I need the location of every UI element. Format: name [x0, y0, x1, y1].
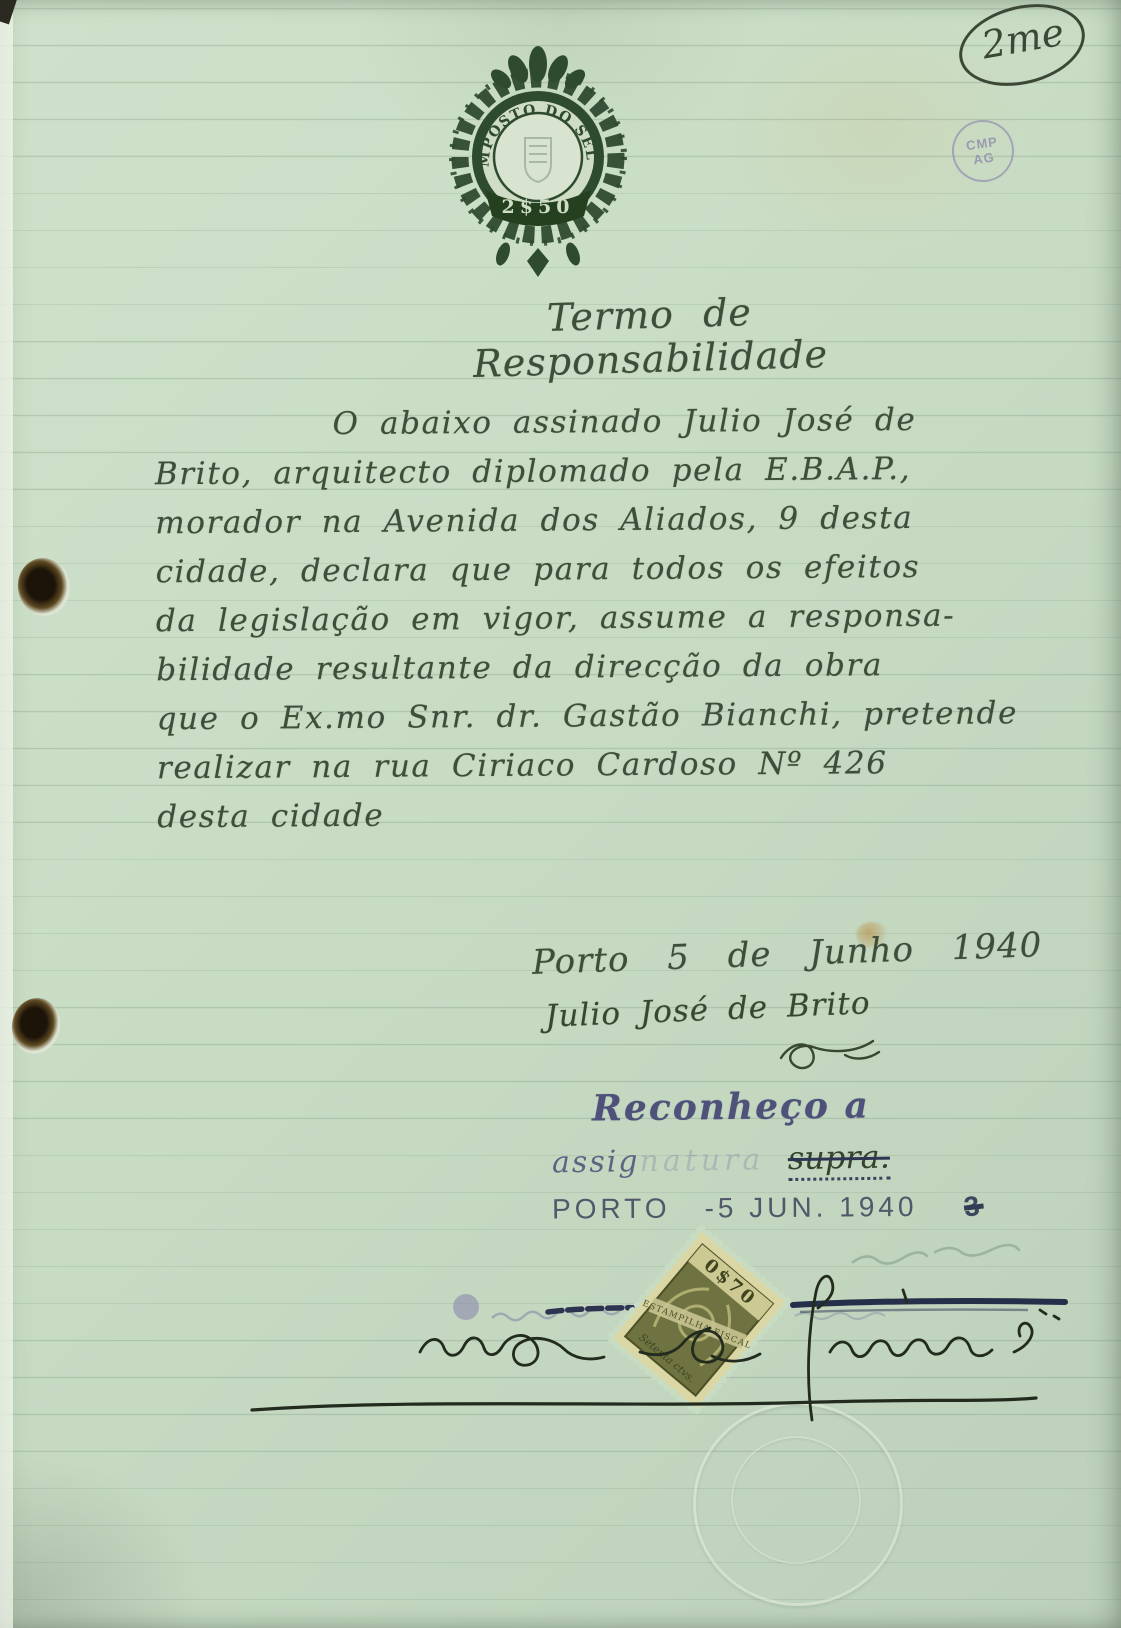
scanned-document-page: 2me CMP AG [0, 0, 1121, 1628]
notary-signature-layer [0, 0, 1121, 1628]
notary-signature [252, 1276, 1059, 1420]
